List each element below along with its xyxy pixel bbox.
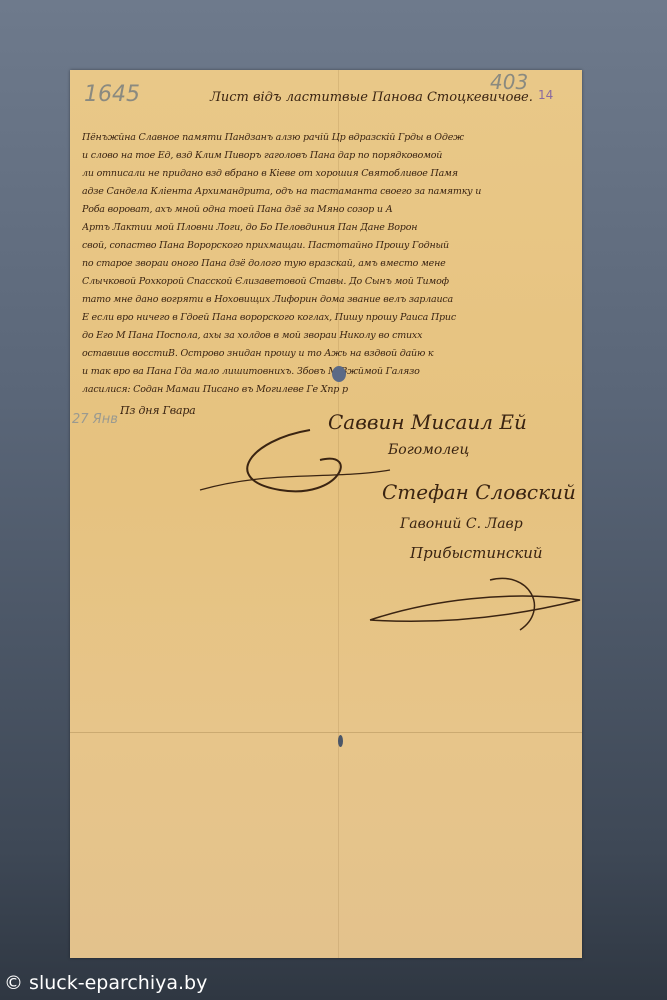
copyright-watermark: © sluck-eparchiya.by (4, 972, 207, 994)
text-line: свой, сопаство Пана Ворорского прихмащаи… (82, 240, 578, 251)
manuscript-page: 1645 403 14 Лист відъ ластитвые Панова С… (70, 70, 582, 958)
text-line: тато мне дано вогряти в Ноховищих Лифори… (82, 294, 578, 305)
signature-line: Прибыстинский (410, 544, 543, 562)
signature-line: Гавоний С. Лавр (400, 516, 523, 532)
text-line: Пёнъжйна Славное памяти Пандзанъ алзю ра… (82, 132, 578, 143)
text-line: адзе Сандела Кліента Архимандрита, одъ н… (82, 186, 578, 197)
text-line: и так вро ва Пана Гда мало лишитовнихъ. … (82, 366, 578, 377)
text-line: Артъ Лактии мой Пловни Логи, до Бо Пелов… (82, 222, 578, 233)
page-number-note: 14 (538, 88, 553, 102)
text-line: до Его М Пана Поспола, ахы за холдов в м… (82, 330, 578, 341)
text-line: Роба вороват, ахъ мной одна тоей Пана дз… (82, 204, 578, 215)
paper-tear (338, 735, 343, 747)
horizontal-fold (70, 732, 582, 733)
document-title: Лист відъ ластитвые Панова Стоцкевичове. (210, 90, 533, 105)
signature-line: Стефан Словский (382, 480, 576, 504)
signature-line: Саввин Мисаил Ей (328, 410, 527, 434)
signature-line: Богомолец (388, 442, 469, 458)
text-line: Слычковой Рохкорой Спасской Єлизаветовой… (82, 276, 578, 287)
text-line: Е если вро ничего в Гдоей Пана ворорског… (82, 312, 578, 323)
text-line: ласилися: Содан Мамаи Писано въ Могилеве… (82, 384, 578, 395)
text-line: по старое звораи оного Пана дзё долого т… (82, 258, 578, 269)
text-line: оставиив восстиВ. Острово знидан прошу и… (82, 348, 578, 359)
margin-date: 27 Янв (72, 412, 118, 427)
text-line: и слово на тое Ед, взд Клим Пиворъ гагол… (82, 150, 578, 161)
year-note: 1645 (84, 82, 140, 107)
text-line: ли отписали не придано взд вбрано в Кіев… (82, 168, 578, 179)
paper-hole (332, 366, 346, 382)
